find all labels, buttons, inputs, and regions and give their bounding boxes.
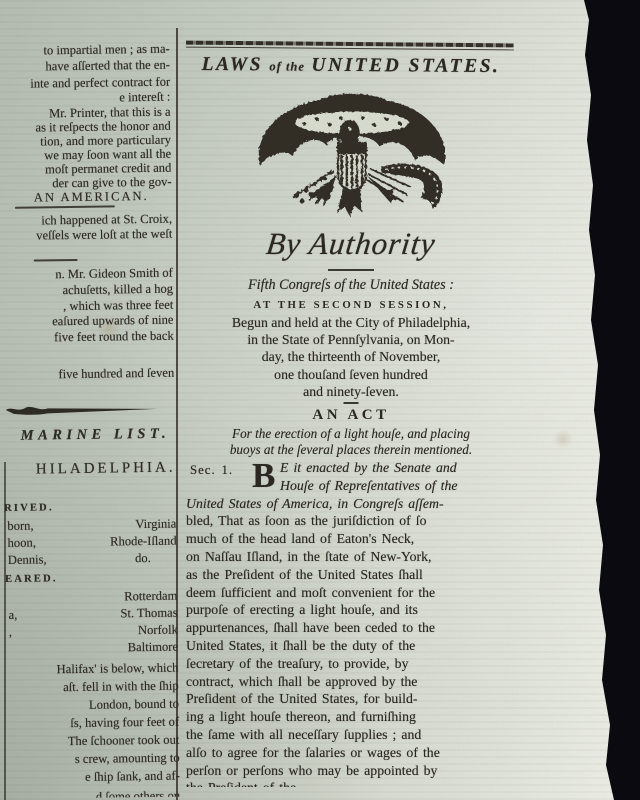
text-line: on Naſſau Iſland, in the ſtate of New-Yo… (186, 548, 518, 566)
text-line: veſſels were loſt at the weſt (36, 227, 172, 244)
laws-masthead: LAWS of the UNITED STATES. (184, 54, 518, 78)
text-line: Preſident of the United States, for buil… (186, 690, 518, 708)
paragraph-dash-rule (34, 259, 78, 261)
arrived-heading: RIVED. (4, 502, 54, 514)
city-heading: HILADELPHIA. (36, 460, 176, 479)
text-line: ſecretary of the treaſury, to provide, b… (186, 655, 518, 673)
act-body: Sec. 1. B E it enacted by the Senate and… (186, 459, 518, 787)
text-line: as the Preſident of the United States ſh… (186, 566, 518, 584)
text-line: five feet round the back (54, 329, 174, 346)
text-line: Houſe of Repreſentatives of the (280, 477, 518, 495)
marine-row: , Norfolk (9, 623, 178, 640)
text-line: For the erection of a light houſe, and p… (184, 426, 518, 442)
text-line: ſs, having four feet of (70, 715, 179, 732)
text-line: aſt. fell in with the ſhip (63, 679, 179, 696)
laws-column: LAWS of the UNITED STATES. (184, 0, 518, 800)
session-details: Begun and held at the City of Philadelph… (184, 314, 518, 400)
text-line: to impartial men ; as ma- (43, 42, 169, 59)
text-line: purpoſe of erecting a light houſe, and i… (186, 601, 518, 619)
port: St. Thomas (120, 606, 177, 622)
ship-name-fragment: a, (8, 608, 17, 623)
ship-name-fragment: , (9, 625, 12, 640)
masthead-word: LAWS (202, 54, 263, 75)
act-divider-rule (344, 402, 359, 404)
text-line: n. Mr. Gideon Smith of (55, 266, 173, 283)
text-line: e intereſt : (119, 90, 170, 106)
federal-eagle-emblem-icon (245, 84, 457, 226)
port: do. (135, 551, 151, 566)
act-heading: AN ACT (184, 407, 518, 424)
text-line: the ſame with all neceſſary ſupplies ; a… (186, 726, 518, 744)
marine-row: Dennis, do. (8, 551, 177, 568)
text-line: appurtenances, ſhall have been ceded to … (186, 619, 518, 637)
masthead-rule-thin (186, 47, 514, 51)
text-line: day, the thirteenth of November, (184, 348, 518, 365)
port: Norfolk (138, 623, 178, 639)
text-line: have aſſerted that the en- (45, 58, 170, 75)
marine-row: hoon, Rhode-Iſland (7, 534, 176, 551)
ship-name-fragment: Dennis, (8, 552, 47, 568)
newspaper-page: to impartial men ; as ma- have aſſerted … (0, 0, 640, 800)
text-line: , which was three feet (63, 298, 173, 315)
text-line: much of the head land of Eaton's Neck, (186, 530, 518, 548)
masthead-word: UNITED STATES. (311, 55, 500, 77)
marine-list-ornament (6, 402, 164, 420)
port: Rotterdam (124, 589, 177, 605)
port: Virginia (135, 517, 176, 533)
text-line: buoys at the ſeveral places therein ment… (184, 442, 518, 458)
port: Rhode-Iſland (110, 534, 177, 550)
port: Baltimore (128, 640, 179, 656)
congress-line: Fifth Congreſs of the United States : (184, 277, 518, 294)
text-line: deem ſufficient and moſt convenient for … (186, 584, 518, 602)
masthead-rule-thick (186, 41, 514, 47)
text-line: United States of America, in Congreſs aſ… (186, 495, 518, 513)
by-authority-rule (328, 269, 374, 271)
text-line: ing a light houſe thereon, and furniſhin… (186, 708, 518, 726)
text-line: Halifax' is below, which (56, 661, 178, 678)
section-rule (15, 205, 115, 208)
text-line: London, bound to (89, 697, 179, 713)
ship-name-fragment: hoon, (7, 536, 36, 551)
text-line: E it enacted by the Senate and (280, 459, 518, 477)
text-line: in the State of Pennſylvania, on Mon- (184, 331, 518, 348)
text-line: contract, which ſhall be approved by the (186, 673, 518, 691)
marine-list-title: MARINE LIST. (21, 426, 171, 445)
masthead-word: of the (269, 59, 305, 73)
text-line: eaſured upwards of nine (52, 313, 174, 330)
cleared-heading: EARED. (5, 573, 58, 585)
text-line: United States, it ſhall be the duty of t… (186, 637, 518, 655)
text-line: bled, That as ſoon as the juriſdiction o… (186, 512, 518, 530)
text-line: e ſhip ſank, and af- (85, 769, 180, 785)
text-line: achuſetts, killed a hog (62, 282, 173, 299)
left-column: to impartial men ; as ma- have aſſerted … (0, 0, 183, 800)
section-opening: Sec. 1. B E it enacted by the Senate and… (186, 459, 518, 495)
foxing-spot (552, 430, 574, 448)
marine-row: Baltimore (9, 640, 178, 657)
marine-row: Rotterdam (8, 589, 177, 606)
ship-name-fragment: born, (7, 519, 33, 534)
text-line: alſo to agree for the ſalaries or wages … (186, 744, 518, 762)
text-line: The ſchooner took out (68, 733, 180, 750)
session-line: AT THE SECOND SESSION, (184, 299, 518, 311)
text-line: and ninety-ſeven. (184, 383, 518, 400)
marine-row: born, Virginia (7, 517, 176, 534)
text-line: five hundred and ſeven (58, 366, 174, 383)
text-line: perſon or perſons who may be appointed b… (186, 762, 518, 780)
drop-cap: B (252, 458, 275, 493)
by-authority-heading: By Authority (182, 226, 520, 262)
section-label: Sec. 1. (190, 462, 233, 480)
text-line: one thouſand ſeven hundred (184, 366, 518, 383)
text-line-clipped: d ſome others on (96, 789, 180, 798)
marine-row: a, St. Thomas (8, 606, 177, 623)
signature-line: AN AMERICAN. (34, 189, 149, 206)
text-line: Begun and held at the City of Philadelph… (184, 314, 518, 331)
act-purpose: For the erection of a light houſe, and p… (184, 426, 518, 458)
text-line: s crew, amounting to (75, 751, 180, 767)
text-line-clipped: the Preſident of the (186, 779, 518, 787)
photo-backdrop: { "page": { "backdrop_color": "#0a0a10",… (0, 0, 640, 800)
